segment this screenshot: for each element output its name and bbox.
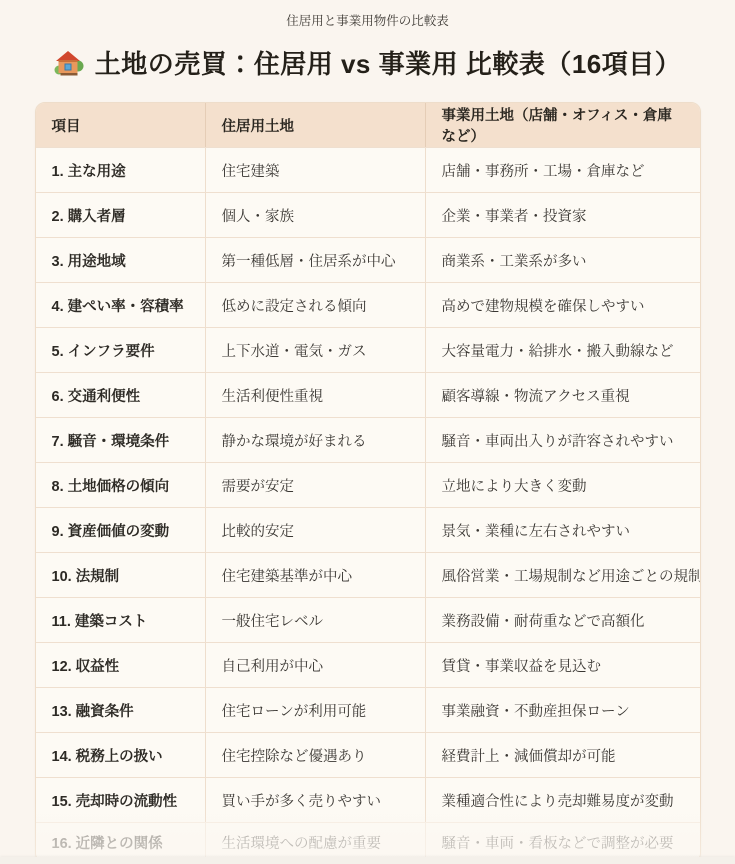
- cell-business: 風俗営業・工場規制など用途ごとの規制: [425, 553, 700, 597]
- table-row: 1. 主な用途住宅建築店舗・事務所・工場・倉庫など: [36, 147, 700, 192]
- cell-residential: 住宅控除など優遇あり: [205, 733, 425, 777]
- table-row: 14. 税務上の扱い住宅控除など優遇あり経費計上・減価償却が可能: [36, 732, 700, 777]
- cell-residential: 第一種低層・住居系が中心: [205, 238, 425, 282]
- page-title-row: 土地の売買：住居用 vs 事業用 比較表（16項目）: [0, 44, 735, 81]
- cell-residential: 上下水道・電気・ガス: [205, 328, 425, 372]
- cell-residential: 住宅建築: [205, 148, 425, 192]
- cell-residential: 生活環境への配慮が重要: [205, 823, 425, 862]
- table-row: 2. 購入者層個人・家族企業・事業者・投資家: [36, 192, 700, 237]
- cell-item: 14. 税務上の扱い: [36, 733, 205, 777]
- cell-item: 5. インフラ要件: [36, 328, 205, 372]
- cell-business: 顧客導線・物流アクセス重視: [425, 373, 700, 417]
- table-row: 7. 騒音・環境条件静かな環境が好まれる騒音・車両出入りが許容されやすい: [36, 417, 700, 462]
- cell-item: 16. 近隣との関係: [36, 823, 205, 862]
- cell-item: 4. 建ぺい率・容積率: [36, 283, 205, 327]
- document-subtitle: 住居用と事業用物件の比較表: [0, 0, 735, 29]
- cell-item: 12. 収益性: [36, 643, 205, 687]
- cell-business: 業務設備・耐荷重などで高額化: [425, 598, 700, 642]
- cell-business: 騒音・車両出入りが許容されやすい: [425, 418, 700, 462]
- page: { "page": { "top_label": "住居用と事業用物件の比較表"…: [0, 0, 735, 864]
- cell-item: 10. 法規制: [36, 553, 205, 597]
- table-row: 10. 法規制住宅建築基準が中心風俗営業・工場規制など用途ごとの規制: [36, 552, 700, 597]
- table-row: 6. 交通利便性生活利便性重視顧客導線・物流アクセス重視: [36, 372, 700, 417]
- cell-item: 7. 騒音・環境条件: [36, 418, 205, 462]
- cell-residential: 自己利用が中心: [205, 643, 425, 687]
- cell-business: 店舗・事務所・工場・倉庫など: [425, 148, 700, 192]
- cell-business: 商業系・工業系が多い: [425, 238, 700, 282]
- cell-business: 立地により大きく変動: [425, 463, 700, 507]
- header-cell-item: 項目: [36, 103, 205, 147]
- cell-business: 業種適合性により売却難易度が変動: [425, 778, 700, 822]
- table-row: 15. 売却時の流動性買い手が多く売りやすい業種適合性により売却難易度が変動: [36, 777, 700, 822]
- cell-residential: 一般住宅レベル: [205, 598, 425, 642]
- cell-residential: 生活利便性重視: [205, 373, 425, 417]
- cell-business: 事業融資・不動産担保ローン: [425, 688, 700, 732]
- cell-item: 1. 主な用途: [36, 148, 205, 192]
- cell-residential: 住宅ローンが利用可能: [205, 688, 425, 732]
- cell-residential: 比較的安定: [205, 508, 425, 552]
- cell-item: 8. 土地価格の傾向: [36, 463, 205, 507]
- table-body: 1. 主な用途住宅建築店舗・事務所・工場・倉庫など2. 購入者層個人・家族企業・…: [36, 147, 700, 862]
- cell-residential: 買い手が多く売りやすい: [205, 778, 425, 822]
- table-row: 4. 建ぺい率・容積率低めに設定される傾向高めで建物規模を確保しやすい: [36, 282, 700, 327]
- table-header-row: 項目住居用土地事業用土地（店舗・オフィス・倉庫など）: [36, 103, 700, 147]
- cell-business: 経費計上・減価償却が可能: [425, 733, 700, 777]
- page-title: 土地の売買：住居用 vs 事業用 比較表（16項目）: [95, 44, 682, 81]
- cell-item: 6. 交通利便性: [36, 373, 205, 417]
- cell-residential: 個人・家族: [205, 193, 425, 237]
- cell-business: 騒音・車両・看板などで調整が必要: [425, 823, 700, 862]
- cell-item: 15. 売却時の流動性: [36, 778, 205, 822]
- header-cell-business: 事業用土地（店舗・オフィス・倉庫など）: [425, 103, 700, 147]
- table-row: 8. 土地価格の傾向需要が安定立地により大きく変動: [36, 462, 700, 507]
- table-row: 13. 融資条件住宅ローンが利用可能事業融資・不動産担保ローン: [36, 687, 700, 732]
- cell-business: 賃貸・事業収益を見込む: [425, 643, 700, 687]
- table-row: 12. 収益性自己利用が中心賃貸・事業収益を見込む: [36, 642, 700, 687]
- cell-item: 13. 融資条件: [36, 688, 205, 732]
- cell-residential: 低めに設定される傾向: [205, 283, 425, 327]
- table-row: 3. 用途地域第一種低層・住居系が中心商業系・工業系が多い: [36, 237, 700, 282]
- header-cell-residential: 住居用土地: [205, 103, 425, 147]
- cell-item: 11. 建築コスト: [36, 598, 205, 642]
- cell-business: 企業・事業者・投資家: [425, 193, 700, 237]
- house-with-garden-icon: [54, 49, 84, 77]
- cell-item: 9. 資産価値の変動: [36, 508, 205, 552]
- table-row: 16. 近隣との関係生活環境への配慮が重要騒音・車両・看板などで調整が必要: [36, 822, 700, 862]
- cell-item: 3. 用途地域: [36, 238, 205, 282]
- cell-business: 景気・業種に左右されやすい: [425, 508, 700, 552]
- cell-residential: 住宅建築基準が中心: [205, 553, 425, 597]
- table-row: 11. 建築コスト一般住宅レベル業務設備・耐荷重などで高額化: [36, 597, 700, 642]
- table-row: 9. 資産価値の変動比較的安定景気・業種に左右されやすい: [36, 507, 700, 552]
- cell-residential: 静かな環境が好まれる: [205, 418, 425, 462]
- cell-residential: 需要が安定: [205, 463, 425, 507]
- comparison-table: 項目住居用土地事業用土地（店舗・オフィス・倉庫など） 1. 主な用途住宅建築店舗…: [35, 102, 701, 863]
- cell-business: 大容量電力・給排水・搬入動線など: [425, 328, 700, 372]
- cell-business: 高めで建物規模を確保しやすい: [425, 283, 700, 327]
- cell-item: 2. 購入者層: [36, 193, 205, 237]
- table-row: 5. インフラ要件上下水道・電気・ガス大容量電力・給排水・搬入動線など: [36, 327, 700, 372]
